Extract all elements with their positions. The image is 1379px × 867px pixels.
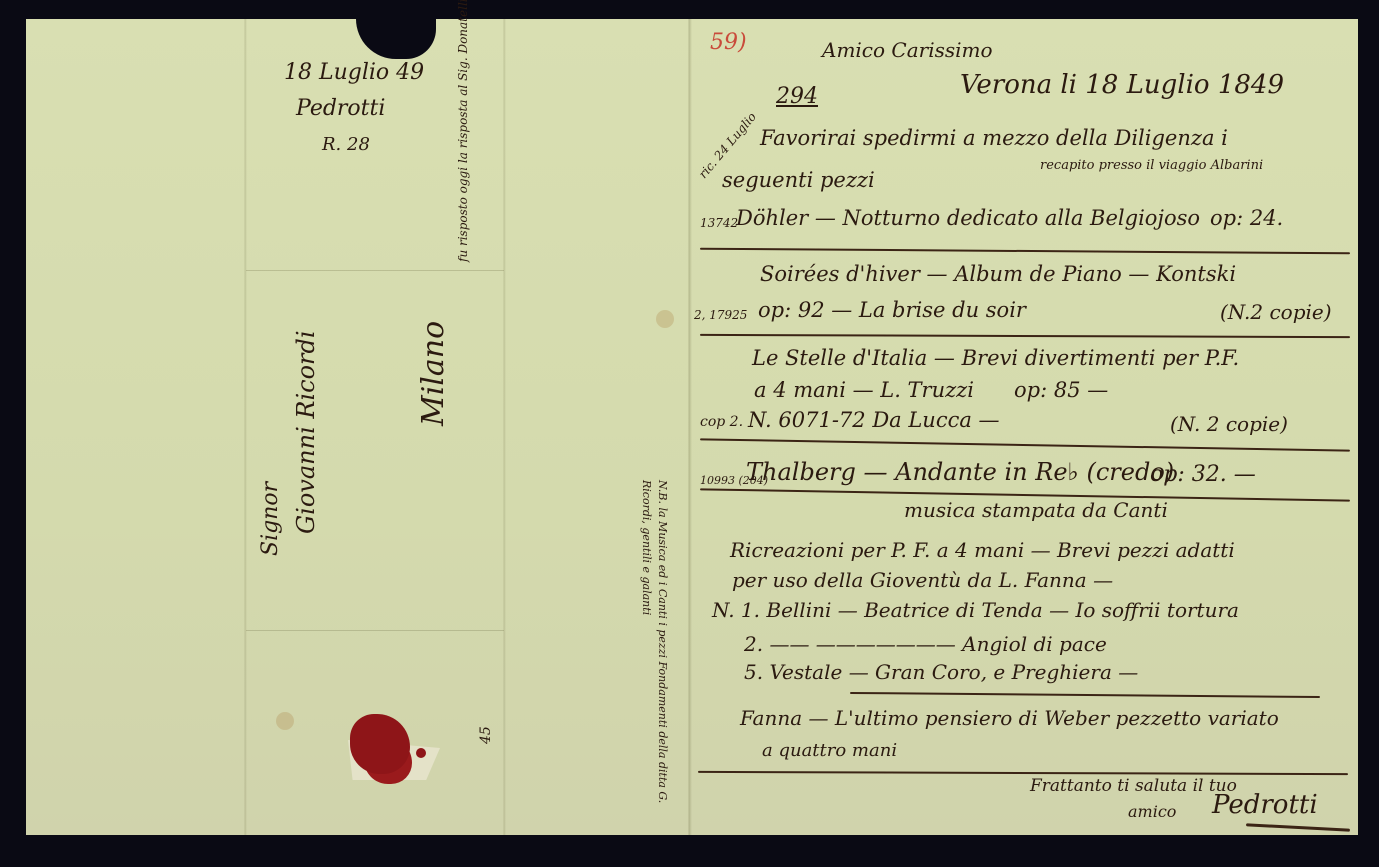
cover-vertical-note: fu risposto oggi la risposta al Sig. Don…	[456, 0, 470, 262]
item-text: op: 92 — La brise du soir	[758, 298, 1026, 322]
section-line: Ricreazioni per P. F. a 4 mani — Brevi p…	[730, 538, 1235, 562]
archive-number: 59)	[710, 30, 747, 55]
fanna-line: Fanna — L'ultimo pensiero di Weber pezze…	[740, 706, 1279, 730]
place-date: Verona li 18 Luglio 1849	[960, 70, 1284, 100]
section-line: N. 1. Bellini — Beatrice di Tenda — Io s…	[712, 598, 1239, 622]
item-text: a 4 mani — L. Truzzi	[754, 378, 974, 402]
section-line: 2. —— ——————— Angiol di pace	[744, 632, 1107, 656]
item-text: Soirées d'hiver — Album de Piano — Konts…	[760, 262, 1236, 286]
signature-prefix: amico	[1128, 802, 1176, 821]
fanna-line: a quattro mani	[762, 740, 897, 761]
item-ref: 13742	[700, 216, 738, 230]
section-line: per uso della Gioventù da L. Fanna —	[732, 568, 1113, 592]
address-name: Giovanni Ricordi	[292, 330, 320, 534]
address-city: Milano	[416, 321, 451, 426]
bottom-mark: 45	[478, 726, 494, 744]
fold-line	[246, 270, 504, 271]
wax-drop	[416, 748, 426, 758]
section-line: 5. Vestale — Gran Coro, e Preghiera —	[744, 660, 1138, 684]
reference-number: 294	[776, 84, 818, 109]
middle-vertical-note: N.B. la Musica ed i Canti i pezzi Fondam…	[638, 480, 670, 840]
salutation: Amico Carissimo	[822, 38, 993, 62]
paper-stain	[656, 310, 674, 328]
letter-line-note: recapito presso il viaggio Albarini	[1040, 158, 1263, 173]
docket-code: R. 28	[322, 134, 370, 155]
item-note: (N. 2 copie)	[1170, 412, 1288, 436]
item-text: N. 6071-72 Da Lucca —	[748, 408, 1000, 432]
item-ref: cop 2.	[700, 414, 743, 430]
letter-line: seguenti pezzi	[722, 168, 875, 192]
item-opus: op: 85 —	[1014, 378, 1108, 402]
item-text: Thalberg — Andante in Re♭ (credo)	[746, 458, 1174, 486]
docket-name: Pedrotti	[296, 96, 385, 121]
item-opus: op: 24.	[1210, 206, 1283, 230]
fold-line	[246, 630, 504, 631]
item-note: (N.2 copie)	[1220, 300, 1332, 324]
closing: Frattanto ti saluta il tuo	[1030, 776, 1237, 796]
paper-stain	[276, 712, 294, 730]
item-text: Le Stelle d'Italia — Brevi divertimenti …	[752, 346, 1239, 370]
section-heading: musica stampata da Canti	[904, 498, 1168, 522]
docket-date: 18 Luglio 49	[284, 60, 424, 85]
letter-line: Favorirai spedirmi a mezzo della Diligen…	[760, 126, 1228, 150]
address-salutation: Signor	[258, 482, 283, 556]
item-opus: op: 32. —	[1150, 462, 1256, 487]
signature: Pedrotti	[1212, 790, 1318, 820]
item-ref: 2, 17925	[694, 308, 747, 322]
item-text: Döhler — Notturno dedicato alla Belgiojo…	[736, 206, 1200, 230]
